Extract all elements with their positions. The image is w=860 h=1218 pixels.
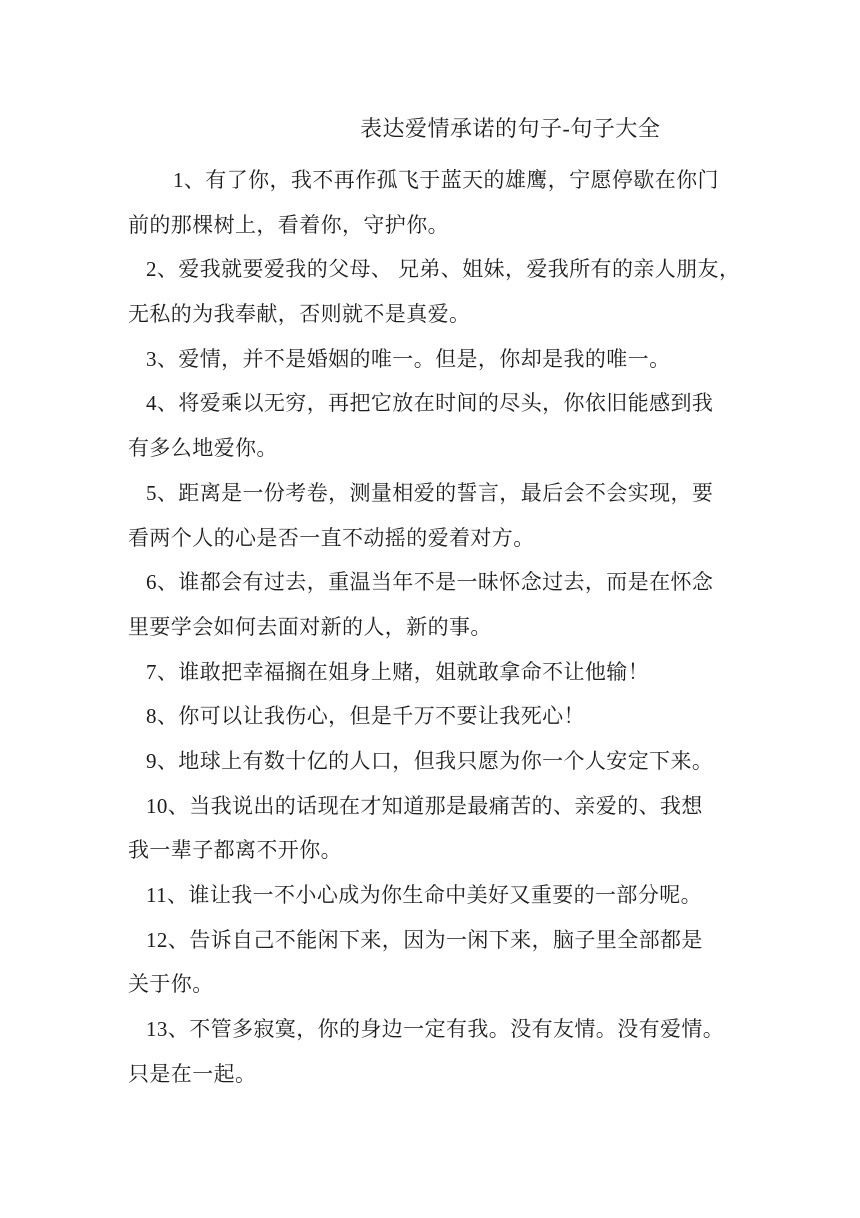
sentence-6-line-2: 里要学会如何去面对新的人，新的事。 bbox=[128, 605, 718, 650]
document-body: 表达爱情承诺的句子-句子大全 1、有了你，我不再作孤飞于蓝天的雄鹰，宁愿停歇在你… bbox=[128, 107, 718, 1096]
sentence-3-line-1: 3、爱情，并不是婚姻的唯一。但是，你却是我的唯一。 bbox=[128, 337, 718, 382]
sentence-10-line-2: 我一辈子都离不开你。 bbox=[128, 828, 718, 873]
sentence-11-line-1: 11、谁让我一不小心成为你生命中美好又重要的一部分呢。 bbox=[128, 873, 718, 918]
sentence-12-line-2: 关于你。 bbox=[128, 962, 718, 1007]
sentence-13: 13、不管多寂寞，你的身边一定有我。没有友情。没有爱情。 只是在一起。 bbox=[128, 1007, 718, 1096]
sentence-4-line-1: 4、将爱乘以无穷，再把它放在时间的尽头，你依旧能感到我 bbox=[128, 381, 718, 426]
sentence-2: 2、爱我就要爱我的父母、 兄弟、姐妹，爱我所有的亲人朋友， 无私的为我奉献，否则… bbox=[128, 247, 718, 336]
sentence-4: 4、将爱乘以无穷，再把它放在时间的尽头，你依旧能感到我 有多么地爱你。 bbox=[128, 381, 718, 470]
sentence-12: 12、告诉自己不能闲下来，因为一闲下来，脑子里全部都是 关于你。 bbox=[128, 918, 718, 1007]
sentence-10-line-1: 10、当我说出的话现在才知道那是最痛苦的、亲爱的、我想 bbox=[128, 784, 718, 829]
sentence-7-line-1: 7、谁敢把幸福搁在姐身上赌，姐就敢拿命不让他输！ bbox=[128, 650, 718, 695]
sentence-13-line-2: 只是在一起。 bbox=[128, 1052, 718, 1097]
sentence-7: 7、谁敢把幸福搁在姐身上赌，姐就敢拿命不让他输！ bbox=[128, 650, 718, 695]
sentence-9-line-1: 9、地球上有数十亿的人口，但我只愿为你一个人安定下来。 bbox=[128, 739, 718, 784]
sentence-5-line-2: 看两个人的心是否一直不动摇的爱着对方。 bbox=[128, 516, 718, 561]
sentence-1-line-2: 前的那棵树上，看着你，守护你。 bbox=[128, 203, 718, 248]
sentence-11: 11、谁让我一不小心成为你生命中美好又重要的一部分呢。 bbox=[128, 873, 718, 918]
sentence-1-line-1: 1、有了你，我不再作孤飞于蓝天的雄鹰，宁愿停歇在你门 bbox=[128, 158, 718, 203]
document-page: 表达爱情承诺的句子-句子大全 1、有了你，我不再作孤飞于蓝天的雄鹰，宁愿停歇在你… bbox=[0, 0, 860, 1218]
sentence-9: 9、地球上有数十亿的人口，但我只愿为你一个人安定下来。 bbox=[128, 739, 718, 784]
sentence-6: 6、谁都会有过去，重温当年不是一昧怀念过去，而是在怀念 里要学会如何去面对新的人… bbox=[128, 560, 718, 649]
sentence-8-line-1: 8、你可以让我伤心，但是千万不要让我死心！ bbox=[128, 694, 718, 739]
document-title: 表达爱情承诺的句子-句子大全 bbox=[128, 107, 718, 158]
sentence-12-line-1: 12、告诉自己不能闲下来，因为一闲下来，脑子里全部都是 bbox=[128, 918, 718, 963]
sentence-3: 3、爱情，并不是婚姻的唯一。但是，你却是我的唯一。 bbox=[128, 337, 718, 382]
sentence-5: 5、距离是一份考卷，测量相爱的誓言，最后会不会实现，要 看两个人的心是否一直不动… bbox=[128, 471, 718, 560]
sentence-8: 8、你可以让我伤心，但是千万不要让我死心！ bbox=[128, 694, 718, 739]
sentence-6-line-1: 6、谁都会有过去，重温当年不是一昧怀念过去，而是在怀念 bbox=[128, 560, 718, 605]
sentence-2-line-2: 无私的为我奉献，否则就不是真爱。 bbox=[128, 292, 718, 337]
sentence-13-line-1: 13、不管多寂寞，你的身边一定有我。没有友情。没有爱情。 bbox=[128, 1007, 718, 1052]
sentence-5-line-1: 5、距离是一份考卷，测量相爱的誓言，最后会不会实现，要 bbox=[128, 471, 718, 516]
sentence-1: 1、有了你，我不再作孤飞于蓝天的雄鹰，宁愿停歇在你门 前的那棵树上，看着你，守护… bbox=[128, 158, 718, 247]
sentence-2-line-1: 2、爱我就要爱我的父母、 兄弟、姐妹，爱我所有的亲人朋友， bbox=[128, 247, 718, 292]
sentence-10: 10、当我说出的话现在才知道那是最痛苦的、亲爱的、我想 我一辈子都离不开你。 bbox=[128, 784, 718, 873]
sentence-4-line-2: 有多么地爱你。 bbox=[128, 426, 718, 471]
